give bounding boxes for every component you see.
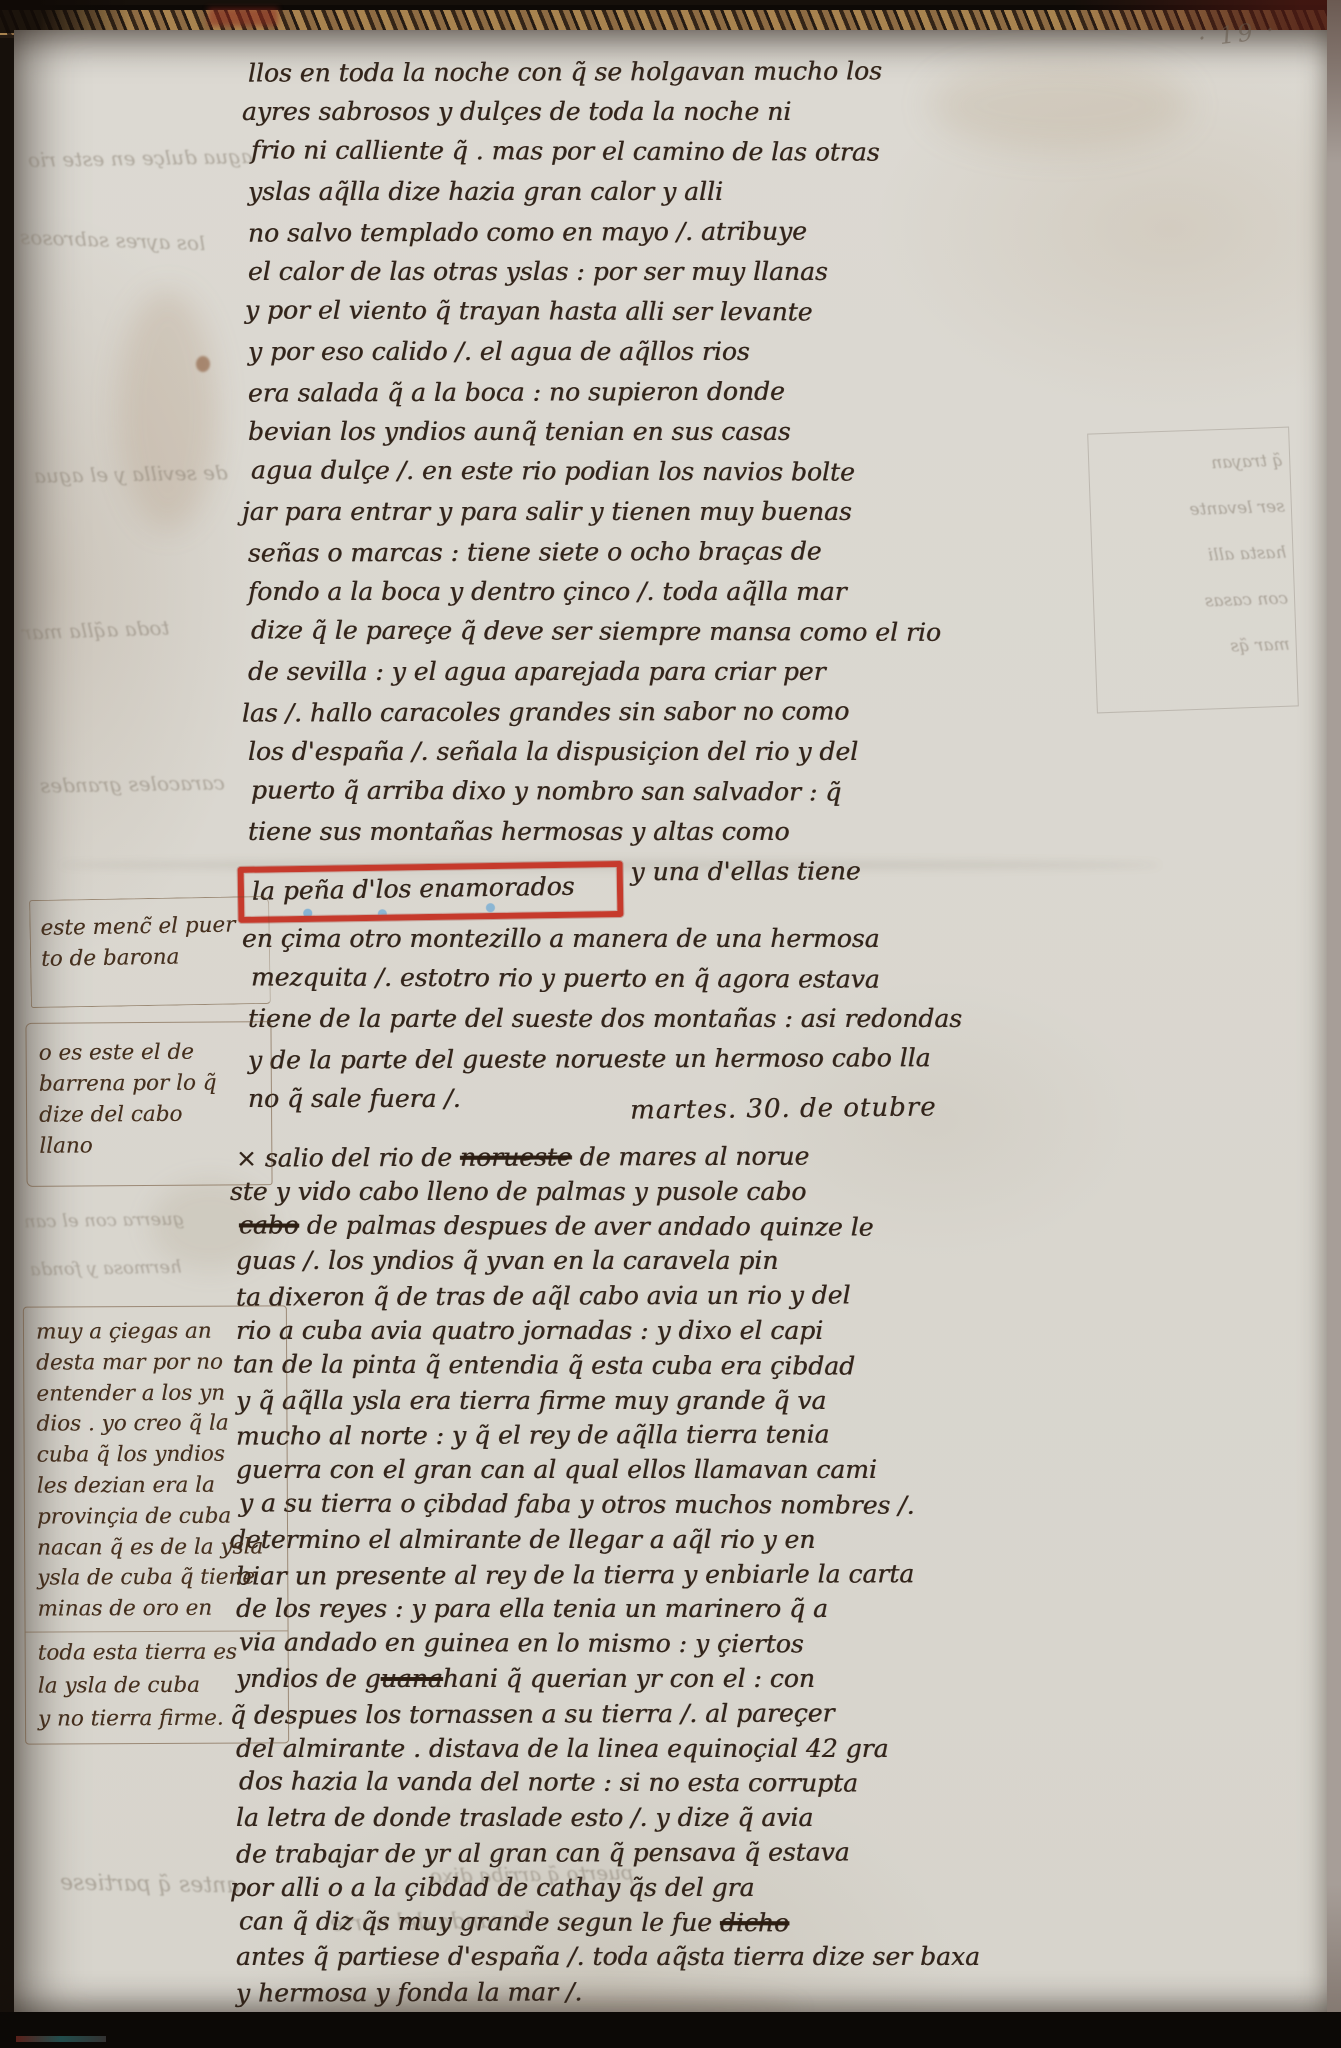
text-run: puerto q̃ arriba dixo y nombro san salva…: [251, 775, 841, 806]
text-line: antes q̃ partiese d'españa /. toda aq̃st…: [236, 1940, 1146, 1975]
margin-note-line: minas de oro en: [37, 1594, 283, 1626]
bleed-through-text: toda aq̃lla mar: [22, 615, 170, 644]
text-line: ta dixeron q̃ de tras de aq̃l cabo avia …: [236, 1278, 1146, 1316]
entry-heading: martes. 30. de otubre: [630, 1092, 937, 1125]
margin-note-part1: muy a çiegas andesta mar por noentender …: [36, 1316, 284, 1625]
margin-note-line: dios . yo creo q̃ la: [36, 1409, 282, 1441]
text-line: agua dulçe /. en este rio podian los nav…: [251, 450, 1151, 493]
text-line: yndios de guanahani q̃ querian yr con el…: [236, 1662, 1146, 1697]
text-run: jar para entrar y para salir y tienen mu…: [242, 497, 852, 526]
text-line: señas o marcas : tiene siete o ocho braç…: [248, 530, 1148, 573]
text-run: desta mar por no: [36, 1349, 223, 1375]
text-line: fondo a la boca y dentro çinco /. toda a…: [248, 572, 1148, 612]
text-line: del almirante . distava de la linea equi…: [236, 1732, 1146, 1767]
text-line: can q̃ diz q̃s muy grande segun le fue d…: [239, 1904, 1149, 1942]
text-run: por alli o a la çibdad de cathay q̃s del…: [230, 1873, 755, 1902]
text-line: tiene sus montañas hermosas y altas como: [248, 812, 1148, 852]
text-line: por alli o a la çibdad de cathay q̃s del…: [230, 1871, 1146, 1906]
manuscript-scan: agua dulçe en este riolos ayres sabrosos…: [0, 0, 1341, 2048]
text-run: ste y vido cabo lleno de palmas y pusole…: [230, 1177, 806, 1206]
text-run: ysla de cuba q̃ tiene: [37, 1565, 255, 1591]
bleed-through-text: agua dulçe en este rio: [28, 144, 253, 172]
bleed-through-text: guerra con el can: [24, 1209, 185, 1233]
text-run: can q̃ diz q̃s muy grande segun le fue: [239, 1906, 720, 1937]
margin-note-line: to de barona: [41, 940, 266, 975]
entry-oct30-text: × salio del rio de norueste de mares al …: [236, 1140, 1146, 2010]
text-run: mucho al norte : y q̃ el rey de aq̃lla t…: [236, 1420, 830, 1451]
text-run: de mares al norue: [572, 1142, 810, 1172]
margin-note-line: y no tierra firme.: [38, 1701, 284, 1735]
text-run: cuba q̃ los yndios: [37, 1442, 225, 1468]
margin-note-cubanacan: muy a çiegas andesta mar por noentender …: [23, 1305, 289, 1744]
text-run: frio ni calliente q̃ . mas por el camino…: [251, 135, 880, 166]
margin-note-line: llano: [39, 1129, 267, 1162]
text-run: dize del cabo: [39, 1102, 182, 1128]
text-line: frio ni calliente q̃ . mas por el camino…: [251, 130, 1151, 173]
text-line: tiene de la parte del sueste dos montaña…: [248, 999, 1148, 1039]
text-line: y por eso calido /. el agua de aq̃llos r…: [248, 332, 1148, 372]
text-run: y una d'ellas tiene: [623, 856, 861, 886]
text-line: de los reyes : y para ella tenia un mari…: [236, 1592, 1146, 1627]
text-line: q̃ despues los tornassen a su tierra /. …: [230, 1695, 1146, 1733]
struck-text: uana: [381, 1664, 443, 1693]
text-run: minas de oro en: [37, 1596, 212, 1622]
margin-note-line: muy a çiegas an: [36, 1316, 282, 1348]
text-run: tan de la pinta q̃ entendia q̃ esta cuba…: [233, 1349, 855, 1380]
text-line: los d'españa /. señala la dispusiçion de…: [248, 732, 1148, 772]
text-run: y de la parte del gueste norueste un her…: [248, 1043, 931, 1074]
text-run: llano: [39, 1133, 93, 1158]
page-edge: [1327, 0, 1341, 2048]
text-run: llos en toda la noche con q̃ se holgavan…: [248, 56, 882, 87]
text-run: y no tierra firme.: [38, 1706, 224, 1732]
margin-note-part2: toda esta tierra esla ysla de cubay no t…: [26, 1630, 289, 1735]
text-line: rio a cuba avia quatro jornadas : y dixo…: [236, 1314, 1146, 1349]
text-line: de trabajar de yr al gran can q̃ pensava…: [236, 1834, 1146, 1872]
text-run: de palmas despues de aver andado quinze …: [299, 1210, 874, 1241]
margin-note-puerto-de-barona: este menc̃ el puerto de barona: [29, 896, 271, 1008]
text-run: entender a los yn: [36, 1380, 225, 1406]
text-run: muy a çiegas an: [36, 1319, 212, 1345]
text-run: tiene de la parte del sueste dos montaña…: [248, 1004, 962, 1033]
margin-note-line: dize del cabo: [39, 1098, 267, 1131]
margin-note-cabo-llano: o es este el debarrena por lo q̃dize del…: [25, 1021, 272, 1187]
text-run: la ysla de cuba: [38, 1673, 200, 1699]
text-run: bevian los yndios aunq̃ tenian en sus ca…: [248, 417, 791, 446]
text-line: yslas aq̃lla dize hazia gran calor y all…: [248, 172, 1148, 212]
margin-note-line: la ysla de cuba: [38, 1668, 284, 1702]
margin-note-line: entender a los yn: [36, 1378, 282, 1410]
bottom-scan-edge: [0, 2012, 1341, 2048]
text-line: mezquita /. estotro rio y puerto en q̃ a…: [251, 957, 1151, 1000]
struck-text: cabo: [239, 1210, 299, 1239]
text-line: y hermosa y fonda la mar /.: [236, 1974, 1146, 2012]
text-line: no salvo templado como en mayo /. atribu…: [248, 210, 1148, 253]
text-line: el calor de las otras yslas : por ser mu…: [248, 252, 1148, 292]
text-run: no q̃ sale fuera /.: [248, 1084, 461, 1113]
struck-text: dicho: [720, 1908, 789, 1937]
text-run: de sevilla : y el agua aparejada para cr…: [248, 657, 826, 686]
text-run: dos hazia la vanda del norte : si no est…: [239, 1767, 858, 1798]
text-line: ste y vido cabo lleno de palmas y pusole…: [230, 1175, 1146, 1210]
text-line: cabo de palmas despues de aver andado qu…: [239, 1208, 1149, 1246]
margin-note-line: cuba q̃ los yndios: [37, 1440, 283, 1472]
text-run: el calor de las otras yslas : por ser mu…: [248, 257, 828, 286]
struck-text: norueste: [460, 1142, 572, 1171]
text-run: señas o marcas : tiene siete o ocho braç…: [248, 537, 822, 568]
text-line: bevian los yndios aunq̃ tenian en sus ca…: [248, 412, 1148, 452]
text-run: determino el almirante de llegar a aq̃l …: [230, 1525, 815, 1554]
text-run: to de barona: [41, 944, 180, 971]
text-run: dize q̃ le pareçe q̃ deve ser siempre ma…: [251, 615, 941, 646]
text-run: rio a cuba avia quatro jornadas : y dixo…: [236, 1316, 823, 1345]
text-run: nacan q̃ es de la ysla: [37, 1534, 263, 1560]
text-run: los d'españa /. señala la dispusiçion de…: [248, 737, 858, 766]
text-run: en çima otro montezillo a manera de una …: [242, 924, 880, 953]
text-line: guas /. los yndios q̃ yvan en la caravel…: [236, 1244, 1146, 1279]
text-line: llos en toda la noche con q̃ se holgavan…: [248, 50, 1148, 93]
text-line: las /. hallo caracoles grandes sin sabor…: [242, 690, 1148, 733]
text-line: via andado en guinea en lo mismo : y çie…: [239, 1626, 1149, 1664]
text-run: y hermosa y fonda la mar /.: [236, 1978, 583, 2008]
binding-shadow: [0, 0, 1341, 33]
text-run: yslas aq̃lla dize hazia gran calor y all…: [248, 177, 723, 206]
text-line: mucho al norte : y q̃ el rey de aq̃lla t…: [236, 1417, 1146, 1455]
text-run: biar un presente al rey de la tierra y e…: [236, 1559, 914, 1590]
text-run: via andado en guinea en lo mismo : y çie…: [239, 1628, 804, 1659]
text-line: guerra con el gran can al qual ellos lla…: [236, 1453, 1146, 1488]
entry-oct29-text: llos en toda la noche con q̃ se holgavan…: [248, 52, 1148, 1119]
text-run: ta dixeron q̃ de tras de aq̃l cabo avia …: [236, 1281, 851, 1312]
text-run: fondo a la boca y dentro çinco /. toda a…: [248, 577, 847, 606]
text-run: mezquita /. estotro rio y puerto en q̃ a…: [251, 962, 880, 993]
bleed-through-text: de sevilla y el agua: [34, 460, 228, 487]
bleed-through-text: antes q̃ partiese: [60, 1870, 240, 1898]
text-run: les dezian era la: [37, 1473, 215, 1499]
text-line: y a su tierra o çibdad faba y otros much…: [239, 1486, 1149, 1524]
scan-artifact: [16, 2036, 106, 2042]
margin-note-line: nacan q̃ es de la ysla: [37, 1532, 283, 1564]
text-line: dize q̃ le pareçe q̃ deve ser siempre ma…: [251, 610, 1151, 653]
margin-note-line: les dezian era la: [37, 1470, 283, 1502]
text-line: × salio del rio de norueste de mares al …: [236, 1138, 1146, 1176]
red-highlight-box: la peña d'los enamorados: [238, 861, 623, 923]
text-run: agua dulçe /. en este rio podian los nav…: [251, 455, 855, 486]
text-line: en çima otro montezillo a manera de una …: [242, 919, 1148, 959]
text-run: este menc̃ el puer: [40, 913, 235, 941]
text-run: y q̃ aq̃lla ysla era tierra firme muy gr…: [236, 1386, 826, 1415]
text-run: tiene sus montañas hermosas y altas como: [248, 817, 790, 846]
text-line: puerto q̃ arriba dixo y nombro san salva…: [251, 770, 1151, 813]
text-run: de trabajar de yr al gran can q̃ pensava…: [236, 1837, 850, 1868]
text-run: guerra con el gran can al qual ellos lla…: [236, 1455, 877, 1484]
margin-note-line: toda esta tierra es: [38, 1635, 284, 1669]
text-run: o es este el de: [39, 1040, 194, 1066]
text-run: barrena por lo q̃: [39, 1071, 217, 1097]
text-run: guas /. los yndios q̃ yvan en la caravel…: [236, 1246, 778, 1275]
text-run: de los reyes : y para ella tenia un mari…: [236, 1594, 828, 1623]
text-run: antes q̃ partiese d'españa /. toda aq̃st…: [236, 1942, 980, 1971]
text-line: y por el viento q̃ trayan hasta alli ser…: [245, 290, 1151, 333]
text-line: determino el almirante de llegar a aq̃l …: [230, 1523, 1146, 1558]
text-run: hani q̃ querian yr con el : con: [443, 1664, 815, 1693]
text-run: y por el viento q̃ trayan hasta alli ser…: [245, 295, 813, 326]
text-run: era salada q̃ a la boca : no supieron do…: [248, 377, 785, 408]
text-line: jar para entrar y para salir y tienen mu…: [242, 492, 1148, 532]
margin-note-line: desta mar por no: [36, 1347, 282, 1379]
text-run: la letra de donde traslade esto /. y diz…: [236, 1803, 813, 1832]
margin-note-line: barrena por lo q̃: [39, 1067, 267, 1100]
margin-note-line: este menc̃ el puer: [40, 909, 265, 944]
text-line: y q̃ aq̃lla ysla era tierra firme muy gr…: [236, 1384, 1146, 1419]
text-line: la letra de donde traslade esto /. y diz…: [236, 1801, 1146, 1836]
margin-note-line: provinçia de cuba: [37, 1501, 283, 1533]
text-line: y de la parte del gueste norueste un her…: [248, 1037, 1148, 1080]
text-line: de sevilla : y el agua aparejada para cr…: [248, 652, 1148, 692]
text-run: dios . yo creo q̃ la: [36, 1411, 228, 1437]
bleed-through-text: hermosa y fonda: [30, 1257, 182, 1281]
margin-note-line: ysla de cuba q̃ tiene: [37, 1563, 283, 1595]
bleed-through-text: caracoles grandes: [40, 770, 225, 797]
text-run: del almirante . distava de la linea equi…: [236, 1734, 889, 1763]
text-run: provinçia de cuba: [37, 1503, 231, 1529]
text-run: y a su tierra o çibdad faba y otros much…: [239, 1488, 915, 1519]
text-line: ayres sabrosos y dulçes de toda la noche…: [242, 92, 1148, 132]
text-run: las /. hallo caracoles grandes sin sabor…: [242, 696, 849, 727]
text-line: la peña d'los enamorados y una d'ellas t…: [248, 850, 1148, 920]
text-line: dos hazia la vanda del norte : si no est…: [239, 1765, 1149, 1803]
text-line: biar un presente al rey de la tierra y e…: [236, 1556, 1146, 1594]
text-run: toda esta tierra es: [38, 1640, 237, 1666]
text-run: q̃ despues los tornassen a su tierra /. …: [230, 1698, 835, 1729]
margin-note-line: o es este el de: [39, 1036, 267, 1069]
text-line: tan de la pinta q̃ entendia q̃ esta cuba…: [233, 1347, 1149, 1385]
text-run: ayres sabrosos y dulçes de toda la noche…: [242, 97, 791, 126]
text-run: y por eso calido /. el agua de aq̃llos r…: [248, 337, 750, 366]
text-run: no salvo templado como en mayo /. atribu…: [248, 217, 807, 248]
text-line: era salada q̃ a la boca : no supieron do…: [248, 370, 1148, 413]
